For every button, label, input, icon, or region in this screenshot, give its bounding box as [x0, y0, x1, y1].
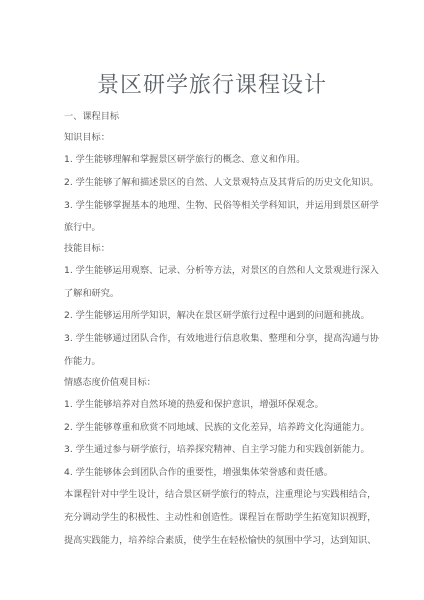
- summary-line: 充分调动学生的积极性、主动性和创造性。课程旨在帮助学生拓宽知识视野，: [64, 512, 364, 524]
- values-item: 1. 学生能够培养对自然环境的热爱和保护意识，增强环保观念。: [64, 399, 364, 411]
- skills-item-continued: 了解和研究。: [64, 288, 364, 300]
- knowledge-heading: 知识目标：: [64, 132, 364, 144]
- values-item: 2. 学生能够尊重和欣赏不同地域、民族的文化差异，培养跨文化沟通能力。: [64, 422, 364, 434]
- values-item: 3. 学生通过参与研学旅行，培养探究精神、自主学习能力和实践创新能力。: [64, 444, 364, 456]
- section-heading: 一、课程目标: [64, 111, 364, 123]
- skills-item: 2. 学生能够运用所学知识，解决在景区研学旅行过程中遇到的问题和挑战。: [64, 310, 364, 322]
- knowledge-item: 1. 学生能够理解和掌握景区研学旅行的概念、意义和作用。: [64, 154, 364, 166]
- document-page: 景区研学旅行课程设计 一、课程目标 知识目标： 1. 学生能够理解和掌握景区研学…: [0, 0, 424, 600]
- skills-heading: 技能目标：: [64, 243, 364, 255]
- values-heading: 情感态度价值观目标：: [64, 377, 364, 389]
- values-item: 4. 学生能够体会到团队合作的重要性，增强集体荣誉感和责任感。: [64, 467, 364, 479]
- document-title: 景区研学旅行课程设计: [0, 68, 424, 99]
- skills-item: 3. 学生能够通过团队合作，有效地进行信息收集、整理和分享，提高沟通与协: [64, 333, 364, 345]
- skills-item-continued: 作能力。: [64, 356, 364, 368]
- knowledge-item-continued: 旅行中。: [64, 222, 364, 234]
- summary-line: 提高实践能力，培养综合素质，使学生在轻松愉快的氛围中学习，达到知识、: [64, 535, 364, 547]
- knowledge-item: 2. 学生能够了解和描述景区的自然、人文景观特点及其背后的历史文化知识。: [64, 177, 364, 189]
- skills-item: 1. 学生能够运用观察、记录、分析等方法，对景区的自然和人文景观进行深入: [64, 265, 364, 277]
- knowledge-item: 3. 学生能够掌握基本的地理、生物、民俗等相关学科知识，并运用到景区研学: [64, 200, 364, 212]
- summary-line: 本课程针对中学生设计，结合景区研学旅行的特点，注重理论与实践相结合，: [64, 489, 364, 501]
